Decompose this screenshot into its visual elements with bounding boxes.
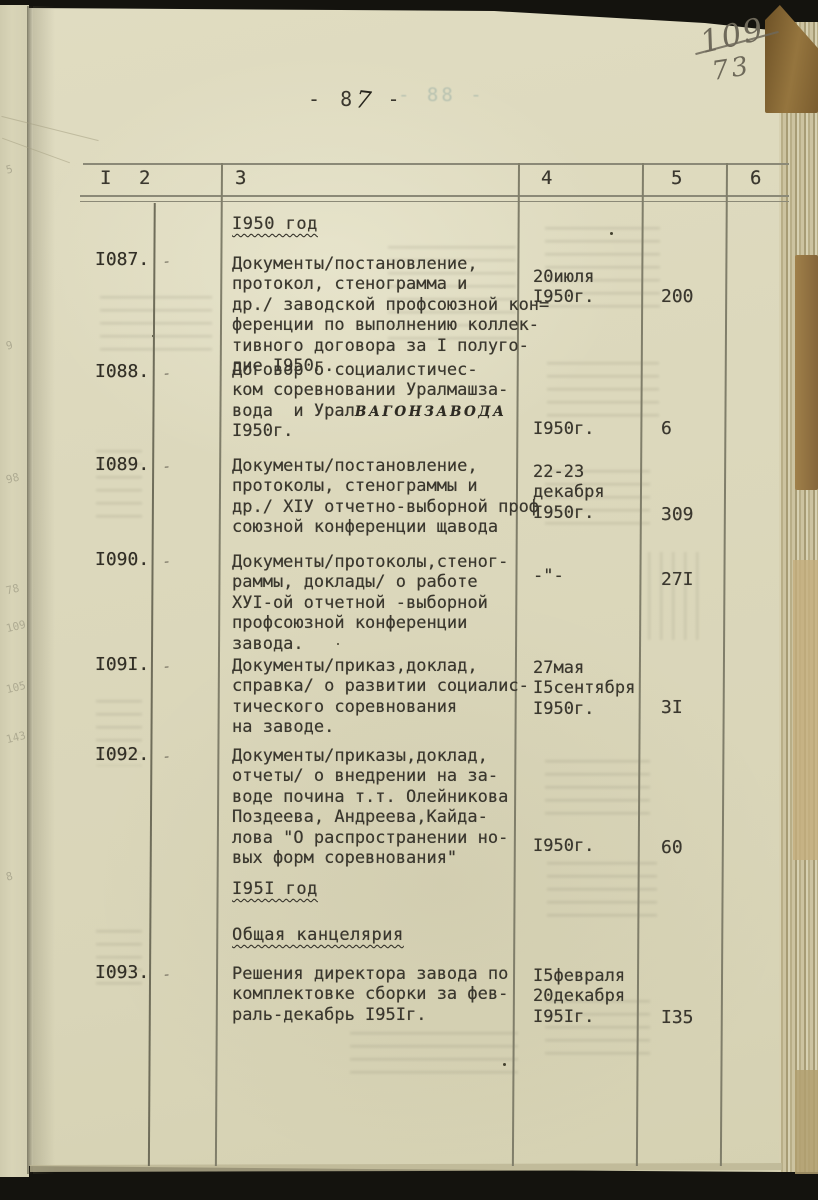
description-line: Документы/протоколы,стеног-	[232, 552, 508, 572]
column-header: I	[100, 168, 111, 188]
row-pencil-mark: -	[163, 252, 170, 270]
description-line: раль-декабрь I95Iг.	[232, 1005, 426, 1025]
row-number: I092.	[95, 745, 149, 765]
description-line: завода.	[232, 634, 304, 654]
date-line: I950г.	[533, 836, 594, 856]
description-line: протокол, стенограмма и	[232, 274, 467, 294]
row-number: I093.	[95, 963, 149, 983]
description-line: ференции по выполнению коллек-	[232, 315, 539, 335]
row-pencil-mark: -	[163, 457, 170, 475]
date-line: I950г.	[533, 419, 594, 439]
description-line: союзной конференции щавода	[232, 517, 498, 537]
table-vertical-rule	[636, 163, 644, 1166]
description-line: I950г.	[232, 421, 293, 441]
date-line: I950г.	[533, 287, 594, 307]
row-pencil-mark: -	[163, 364, 170, 382]
description-line: Поздеева, Андреева,Кайда-	[232, 807, 488, 827]
section-heading: I95I год	[232, 879, 318, 899]
date-line: I950г.	[533, 699, 594, 719]
description-line: Документы/приказ,доклад,	[232, 656, 478, 676]
date-line: -"-	[533, 566, 564, 586]
column-header: 5	[671, 168, 682, 188]
date-line: I950г.	[533, 503, 594, 523]
description-line: вода и Уралвагонзавода	[232, 401, 507, 422]
description-line: Документы/постановление,	[232, 254, 478, 274]
date-line: 22-23	[533, 462, 584, 482]
column-header: 6	[750, 168, 761, 188]
description-line: Договор о социалистичес-	[232, 360, 478, 380]
date-line: 20декабря	[533, 986, 625, 1006]
description-line: на заводе.	[232, 717, 334, 737]
column-header: 2	[139, 168, 150, 188]
date-line: I95Iг.	[533, 1007, 594, 1027]
date-line: декабря	[533, 482, 605, 502]
description-line: раммы, доклады/ о работе	[232, 572, 478, 592]
description-line: тивного договора за I полуго-	[232, 336, 529, 356]
row-pencil-mark: -	[163, 747, 170, 765]
row-number: I088.	[95, 362, 149, 382]
description-line: профсоюзной конференции	[232, 613, 467, 633]
scanned-archive-page: 109 73 - 87 - - 88 - 5998781091051438I23…	[0, 0, 818, 1200]
description-handwritten-part: вагонзавода	[355, 404, 507, 420]
description-line: Документы/постановление,	[232, 456, 478, 476]
section-heading: I950 год	[232, 214, 318, 234]
sheet-count: 60	[661, 838, 683, 858]
sheet-count: 27I	[661, 570, 694, 590]
description-line: др./ заводской профсоюзной кон=	[232, 295, 549, 315]
table-region: 5998781091051438I23456I950 годI95I годОб…	[0, 0, 818, 1200]
description-line: ком соревновании Уралмашза-	[232, 380, 508, 400]
column-header: 3	[235, 168, 246, 188]
table-vertical-rule	[148, 203, 156, 1166]
description-typed-part: вода и Урал	[232, 401, 355, 421]
row-number: I089.	[95, 455, 149, 475]
description-line: Решения директора завода по	[232, 964, 508, 984]
description-line: ХУI-ой отчетной -выборной	[232, 593, 488, 613]
row-number: I09I.	[95, 655, 149, 675]
table-vertical-rule	[215, 163, 223, 1166]
row-pencil-mark: -	[163, 552, 170, 570]
sheet-count: I35	[661, 1008, 694, 1028]
date-line: 27мая	[533, 658, 584, 678]
date-line: 20июля	[533, 267, 594, 287]
row-pencil-mark: -	[163, 965, 170, 983]
row-number: I090.	[95, 550, 149, 570]
sheet-count: 3I	[661, 698, 683, 718]
sheet-count: 200	[661, 287, 694, 307]
description-line: лова "О распространении но-	[232, 828, 508, 848]
table-vertical-rule	[720, 163, 728, 1166]
description-line: тического соревнования	[232, 697, 457, 717]
sheet-count: 309	[661, 505, 694, 525]
column-header: 4	[541, 168, 552, 188]
description-line: комплектовке сборки за фев-	[232, 984, 508, 1004]
date-line: I5сентября	[533, 678, 635, 698]
description-line: справка/ о развитии социалис-	[232, 676, 529, 696]
description-line: вых форм соревнования"	[232, 848, 457, 868]
section-heading: Общая канцелярия	[232, 925, 404, 945]
description-line: воде почина т.т. Олейникова	[232, 787, 508, 807]
description-line: протоколы, стенограммы и	[232, 476, 478, 496]
description-line: отчеты/ о внедрении на за-	[232, 766, 498, 786]
description-line: др./ ХIУ отчетно-выборной проф	[232, 497, 539, 517]
row-pencil-mark: -	[163, 657, 170, 675]
sheet-count: 6	[661, 419, 672, 439]
description-line: Документы/приказы,доклад,	[232, 746, 488, 766]
date-line: I5февраля	[533, 966, 625, 986]
row-number: I087.	[95, 250, 149, 270]
